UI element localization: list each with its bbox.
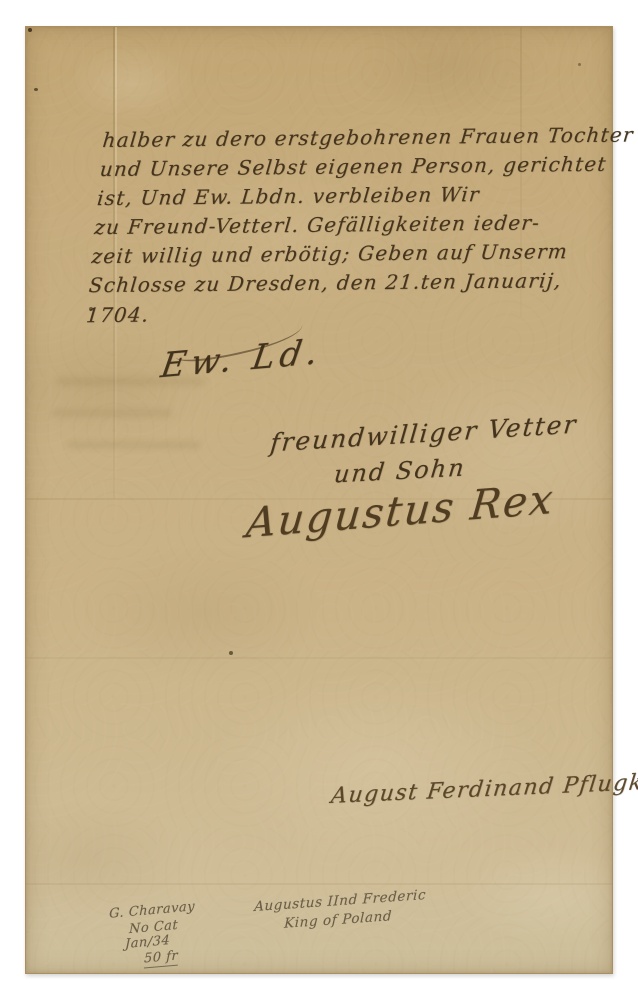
countersignature: August Ferdinand Pflugk bbox=[330, 770, 638, 809]
letter-scan: halber zu dero erstgebohrenen Frauen Toc… bbox=[0, 0, 638, 1000]
ink-speck bbox=[229, 651, 233, 655]
letter-body-line: Schlosse zu Dresden, den 21.ten Januarij… bbox=[88, 266, 593, 300]
closing-flourish: Ew. Ld. bbox=[158, 332, 325, 387]
ink-speck bbox=[28, 28, 32, 32]
valediction-line-1: freundwilliger Vetter bbox=[269, 409, 579, 457]
date-year: 1704. bbox=[85, 296, 590, 330]
letter-body-line: und Unsere Selbst eigenen Person, gerich… bbox=[99, 150, 604, 184]
letter-paper: halber zu dero erstgebohrenen Frauen Toc… bbox=[25, 26, 613, 974]
ink-speck bbox=[578, 63, 581, 66]
ink-bleedthrough-smudge bbox=[66, 441, 201, 449]
dealer-pencil-note-price: 50 fr bbox=[144, 948, 178, 968]
ink-bleedthrough-smudge bbox=[52, 409, 172, 417]
letter-body: halber zu dero erstgebohrenen Frauen Toc… bbox=[85, 121, 606, 330]
dealer-pencil-note-line: G. Charavay bbox=[109, 899, 195, 922]
royal-signature: Augustus Rex bbox=[244, 475, 557, 548]
fold-line-horizontal-lower bbox=[26, 657, 612, 659]
ink-speck bbox=[34, 88, 38, 91]
fold-line-horizontal-bottom bbox=[26, 883, 612, 885]
